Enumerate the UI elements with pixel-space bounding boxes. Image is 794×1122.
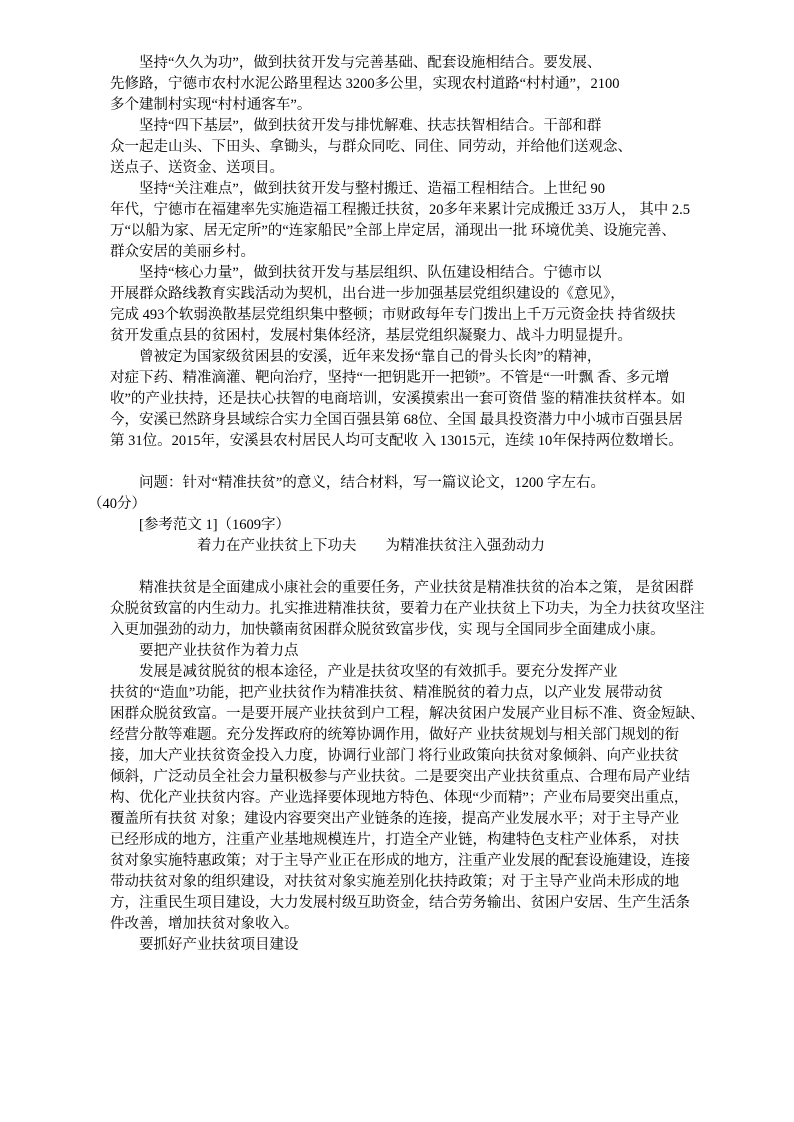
para-anxi-example: 曾被定为国家级贫困县的安溪，近年来发扬“靠自己的骨头长肉”的精神， 对症下药、精… — [110, 347, 770, 452]
para-guanzhu-nandian: 坚持“关注难点”，做到扶贫开发与整村搬迁、造福工程相结合。上世纪 90 年代，宁… — [110, 179, 770, 263]
para-hexin-liliang: 坚持“核心力量”，做到扶贫开发与基层组织、队伍建设相结合。宁德市以 开展群众路线… — [110, 263, 770, 347]
heading-industry-focus: 要把产业扶贫作为着力点 — [110, 641, 770, 662]
para-essay-question: 问题：针对“精准扶贫”的意义，结合材料，写一篇议论文，1200 字左右。 — [110, 473, 770, 494]
para-essay-intro: 精准扶贫是全面建成小康社会的重要任务，产业扶贫是精准扶贫的冶本之策， 是贫困群 … — [110, 578, 770, 641]
para-sixia-jiceng: 坚持“四下基层”，做到扶贫开发与排忧解难、扶志扶智相结合。干部和群 众一起走山头… — [110, 116, 770, 179]
para-reference-label: [参考范文 1]（1609字） — [110, 515, 770, 536]
document-page: 坚持“久久为功”，做到扶贫开发与完善基础、配套设施相结合。要发展、 先修路，宁德… — [0, 0, 794, 1122]
para-score: （40分） — [88, 494, 770, 515]
heading-project-construction: 要抓好产业扶贫项目建设 — [110, 935, 770, 956]
para-industry-development: 发展是减贫脱贫的根本途径，产业是扶贫攻坚的有效抓手。要充分发挥产业 扶贫的“造血… — [110, 662, 770, 935]
document-body: 坚持“久久为功”，做到扶贫开发与完善基础、配套设施相结合。要发展、 先修路，宁德… — [110, 53, 770, 956]
para-jiujiu-weigong: 坚持“久久为功”，做到扶贫开发与完善基础、配套设施相结合。要发展、 先修路，宁德… — [110, 53, 770, 116]
essay-title: 着力在产业扶贫上下功夫 为精准扶贫注入强劲动力 — [110, 536, 770, 557]
